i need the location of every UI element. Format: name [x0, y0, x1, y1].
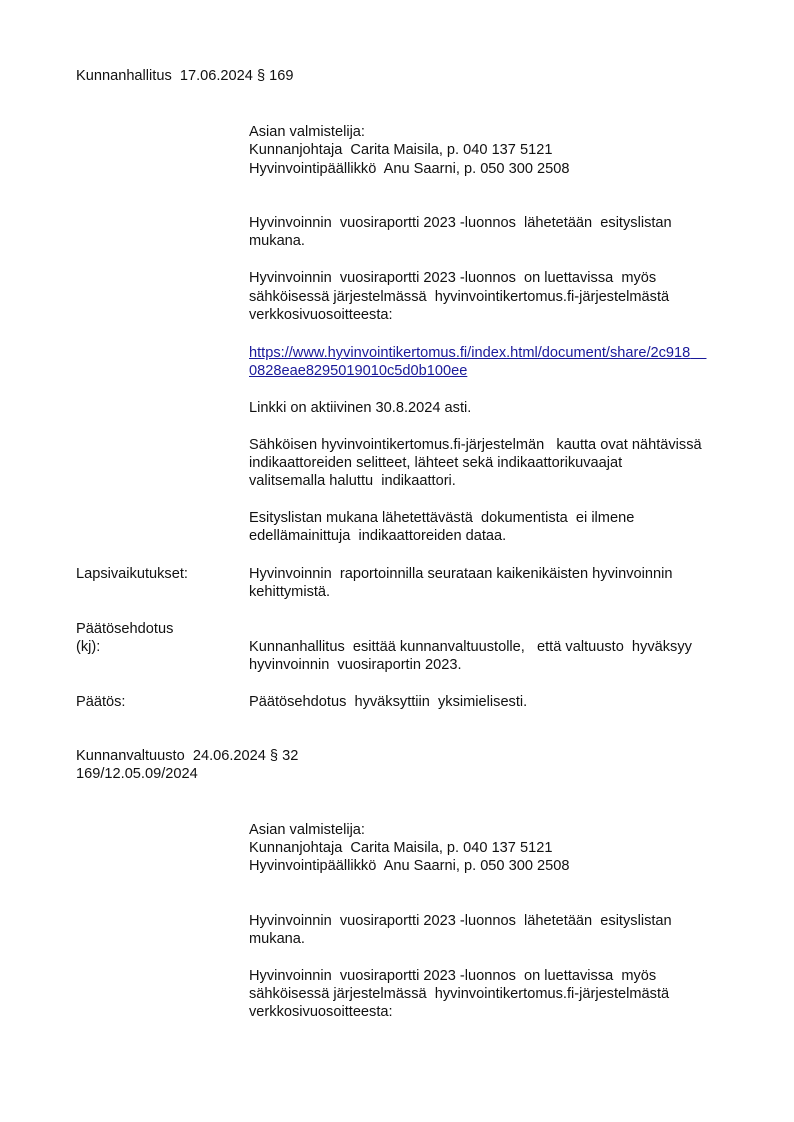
paragraph-line: Sähköisen hyvinvointikertomus.fi-järjest… — [249, 436, 702, 455]
paragraph-line: verkkosivuosoitteesta: — [249, 1003, 393, 1022]
report-link[interactable]: 0828eae8295019010c5d0b100ee — [249, 362, 467, 381]
link-underline-gap — [690, 345, 706, 361]
paragraph-line: sähköisessä järjestelmässä hyvinvointike… — [249, 288, 669, 307]
preparer-line: Hyvinvointipäällikkö Anu Saarni, p. 050 … — [249, 857, 569, 876]
preparer-line: Hyvinvointipäällikkö Anu Saarni, p. 050 … — [249, 160, 569, 179]
paragraph-line: Hyvinvoinnin vuosiraportti 2023 -luonnos… — [249, 912, 672, 931]
preparer-label: Asian valmistelija: — [249, 123, 365, 142]
paatosehdotus-text: hyvinvoinnin vuosiraportin 2023. — [249, 656, 462, 675]
paatosehdotus-label: (kj): — [76, 638, 100, 657]
lapsivaikutukset-text: Hyvinvoinnin raportoinnilla seurataan ka… — [249, 565, 672, 584]
paragraph-line: Linkki on aktiivinen 30.8.2024 asti. — [249, 399, 471, 418]
paragraph-line: mukana. — [249, 232, 305, 251]
report-link-part2[interactable]: 0828eae8295019010c5d0b100ee — [249, 363, 467, 379]
preparer-label: Asian valmistelija: — [249, 821, 365, 840]
paragraph-line: sähköisessä järjestelmässä hyvinvointike… — [249, 985, 669, 1004]
paragraph-line: mukana. — [249, 930, 305, 949]
paragraph-line: Esityslistan mukana lähetettävästä dokum… — [249, 509, 634, 528]
preparer-line: Kunnanjohtaja Carita Maisila, p. 040 137… — [249, 141, 552, 160]
meeting-header: Kunnanvaltuusto 24.06.2024 § 32 — [76, 747, 298, 766]
paatosehdotus-label: Päätösehdotus — [76, 620, 173, 639]
paragraph-line: Hyvinvoinnin vuosiraportti 2023 -luonnos… — [249, 214, 672, 233]
paatos-label: Päätös: — [76, 693, 126, 712]
lapsivaikutukset-label: Lapsivaikutukset: — [76, 565, 188, 584]
lapsivaikutukset-text: kehittymistä. — [249, 583, 330, 602]
paragraph-line: Hyvinvoinnin vuosiraportti 2023 -luonnos… — [249, 967, 656, 986]
preparer-line: Kunnanjohtaja Carita Maisila, p. 040 137… — [249, 839, 552, 858]
paatos-text: Päätösehdotus hyväksyttiin yksimielisest… — [249, 693, 527, 712]
reference-number: 169/12.05.09/2024 — [76, 765, 198, 784]
meeting-header: Kunnanhallitus 17.06.2024 § 169 — [76, 67, 293, 86]
paragraph-line: indikaattoreiden selitteet, lähteet sekä… — [249, 454, 622, 473]
paragraph-line: edellämainittuja indikaattoreiden dataa. — [249, 527, 506, 546]
report-link-part1[interactable]: https://www.hyvinvointikertomus.fi/index… — [249, 345, 690, 361]
paatosehdotus-text: Kunnanhallitus esittää kunnanvaltuustoll… — [249, 638, 692, 657]
report-link[interactable]: https://www.hyvinvointikertomus.fi/index… — [249, 344, 706, 363]
paragraph-line: verkkosivuosoitteesta: — [249, 306, 393, 325]
paragraph-line: valitsemalla haluttu indikaattori. — [249, 472, 456, 491]
paragraph-line: Hyvinvoinnin vuosiraportti 2023 -luonnos… — [249, 269, 656, 288]
